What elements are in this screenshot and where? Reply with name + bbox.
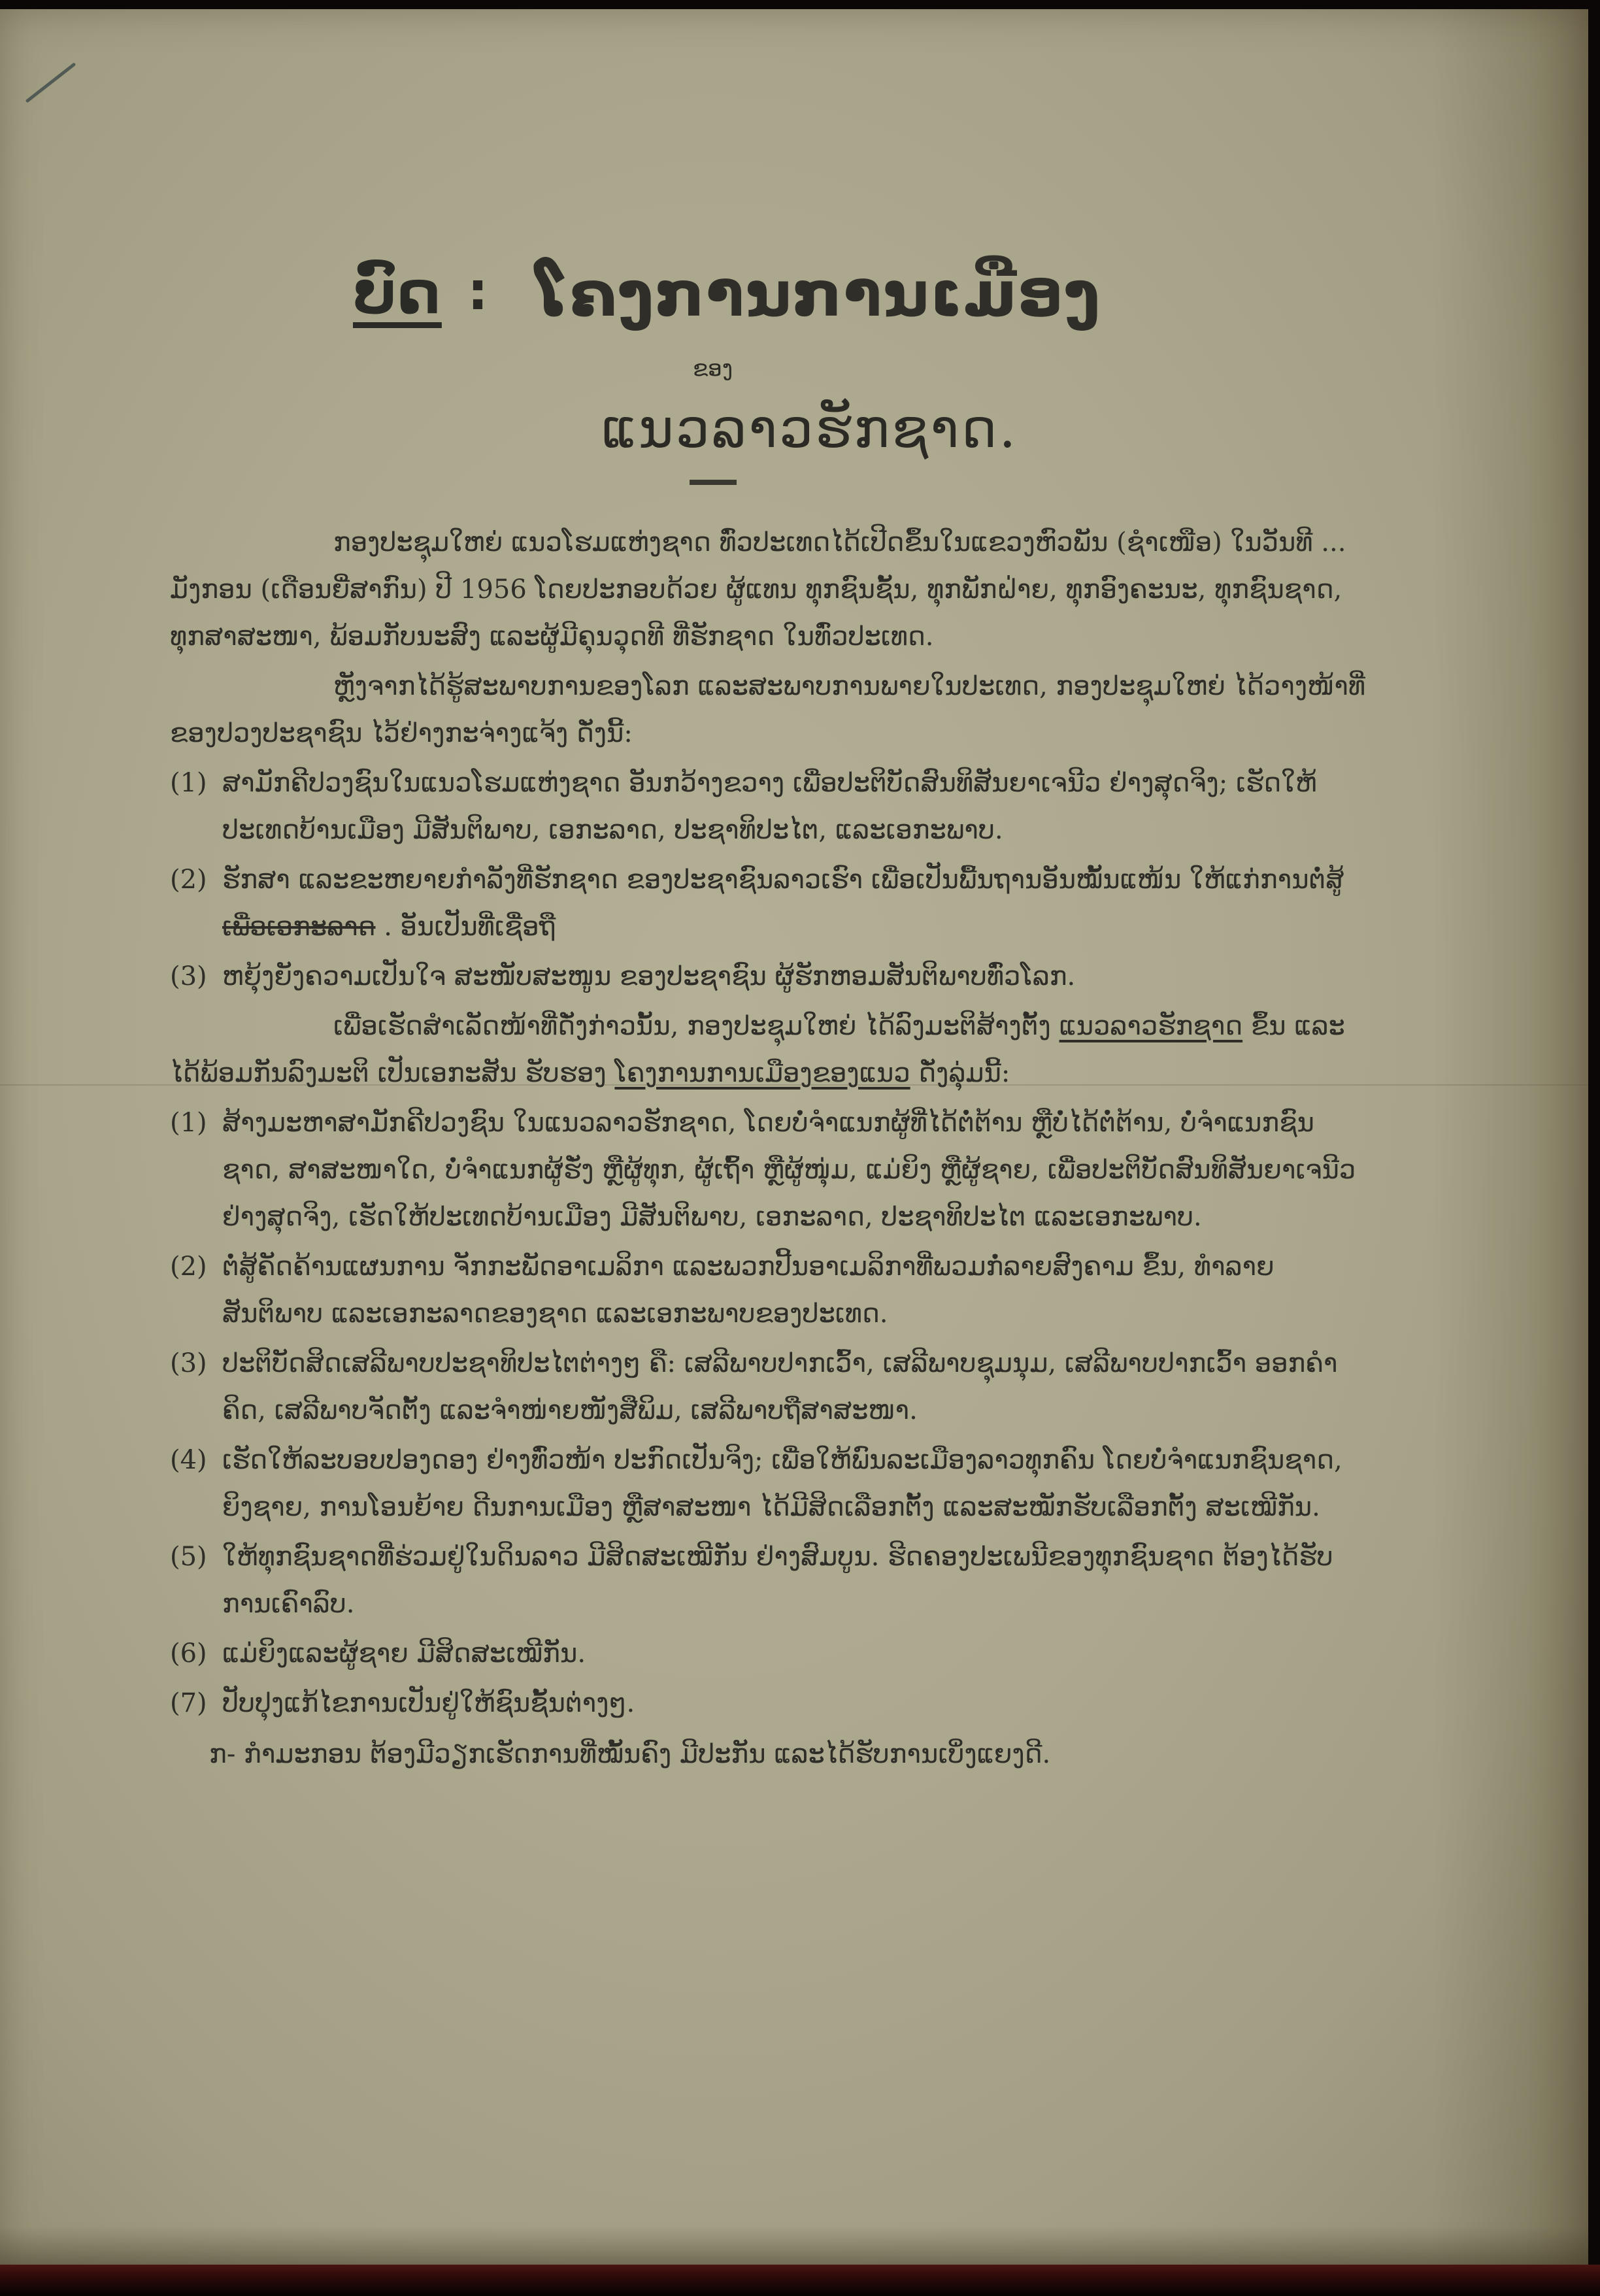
item-text: ສ້າງມະຫາສາມັກຄີປວງຊົນ ໃນແນວລາວຮັກຊາດ, ໂດ… (222, 1108, 1356, 1232)
resolution-paragraph: ເພື່ອເຮັດສຳເລັດໜ້າທີ່ດັ່ງກ່າວນັ້ນ, ກອງປະ… (170, 1003, 1366, 1097)
underlined-organization: ແນວລາວຮັກຊາດ (1059, 1011, 1243, 1041)
item-text: ສາມັກຄີປວງຊົນໃນແນວໂຮມແຫ່ງຊາດ ອັນກວ້າງຂວາ… (222, 768, 1317, 845)
program-item: (1) ສ້າງມະຫາສາມັກຄີປວງຊົນ ໃນແນວລາວຮັກຊາດ… (170, 1099, 1366, 1240)
item-number: (7) (170, 1680, 207, 1727)
item-number: (4) (170, 1437, 207, 1484)
duty-item: (3) ຫຍຸ້ງຍັງຄວາມເປັນໃຈ ສະໜັບສະໜູນ ຂອງປະຊ… (170, 953, 1366, 1000)
intro-paragraph-1: ກອງປະຊຸມໃຫຍ່ ແນວໂຮມແຫ່ງຊາດ ທົ່ວປະເທດໄດ້ເ… (170, 519, 1366, 660)
item-number: (3) (170, 953, 207, 1000)
program-item: (2) ຕໍ່ສູ້ຄັດຄ້ານແຜນການ ຈັກກະພັດອາເມລິກາ… (170, 1243, 1366, 1337)
item-text: ປັບປຸງແກ້ໄຂການເປັນຢູ່ໃຫ້ຊົນຊັ້ນຕ່າງໆ. (222, 1688, 635, 1718)
item-text: ປະຕິບັດສິດເສລີພາບປະຊາທິປະໄຕຕ່າງໆ ຄື: ເສລ… (222, 1348, 1337, 1425)
program-item: (6) ແມ່ຍິງແລະຜູ້ຊາຍ ມີສິດສະເໝີກັນ. (170, 1630, 1366, 1677)
program-item: (3) ປະຕິບັດສິດເສລີພາບປະຊາທິປະໄຕຕ່າງໆ ຄື:… (170, 1340, 1366, 1434)
title-colon: : (467, 261, 488, 322)
duties-list: (1) ສາມັກຄີປວງຊົນໃນແນວໂຮມແຫ່ງຊາດ ອັນກວ້າ… (170, 759, 1366, 1000)
program-list: (1) ສ້າງມະຫາສາມັກຄີປວງຊົນ ໃນແນວລາວຮັກຊາດ… (170, 1099, 1366, 1727)
program-item: (4) ເຮັດໃຫ້ລະບອບປອງດອງ ຢ່າງທົ່ວໜ້າ ປະກົດ… (170, 1437, 1366, 1531)
title-divider (690, 480, 737, 485)
duty-item: (1) ສາມັກຄີປວງຊົນໃນແນວໂຮມແຫ່ງຊາດ ອັນກວ້າ… (170, 759, 1366, 854)
item-text: ຫຍຸ້ງຍັງຄວາມເປັນໃຈ ສະໜັບສະໜູນ ຂອງປະຊາຊົນ… (222, 961, 1075, 991)
intro-paragraph-2: ຫຼັງຈາກໄດ້ຮູ້ສະພາບການຂອງໂລກ ແລະສະພາບການພ… (170, 663, 1366, 757)
document-page: ບົດ : ໂຄງການການເມືອງ ຂອງ ແນວລາວຮັກຊາດ. ກ… (0, 9, 1588, 2265)
item-text-tail: . ອັນເປັນທີ່ເຊື່ອຖື (384, 912, 556, 942)
item-text: ເຮັດໃຫ້ລະບອບປອງດອງ ຢ່າງທົ່ວໜ້າ ປະກົດເປັນ… (222, 1445, 1342, 1522)
resolution-text: ເພື່ອເຮັດສຳເລັດໜ້າທີ່ດັ່ງກ່າວນັ້ນ, ກອງປະ… (333, 1011, 1059, 1041)
duty-item: (2) ຮັກສາ ແລະຂະຫຍາຍກຳລັງທີ່ຮັກຊາດ ຂອງປະຊ… (170, 856, 1366, 950)
item-text: ແມ່ຍິງແລະຜູ້ຊາຍ ມີສິດສະເໝີກັນ. (222, 1639, 586, 1669)
underlined-program: ໂຄງການການເມືອງຂອງແນວ (614, 1058, 910, 1088)
sub-item-a: ກ- ກຳມະກອນ ຕ້ອງມີວຽກເຮັດການທີ່ໝັ້ນຄົງ ມີ… (170, 1731, 1366, 1778)
item-number: (1) (170, 1099, 207, 1146)
item-number: (3) (170, 1340, 207, 1387)
struck-text: ເພື່ອເອກະລາດ (222, 912, 376, 942)
item-number: (1) (170, 759, 207, 807)
title-connector: ຂອງ (693, 356, 733, 382)
title-label: ບົດ (353, 258, 442, 327)
item-number: (6) (170, 1630, 207, 1677)
document-body: ກອງປະຊຸມໃຫຍ່ ແນວໂຮມແຫ່ງຊາດ ທົ່ວປະເທດໄດ້ເ… (170, 519, 1366, 1804)
organization-name: ແນວລາວຮັກຊາດ. (601, 398, 1018, 460)
program-item: (5) ໃຫ້ທຸກຊົນຊາດທີ່ຮ່ວມຢູ່ໃນດິນລາວ ມີສິດ… (170, 1533, 1366, 1627)
title-block: ບົດ : ໂຄງການການເມືອງ ຂອງ ແນວລາວຮັກຊາດ. (170, 231, 1366, 342)
item-number: (2) (170, 1243, 207, 1290)
pen-mark (25, 62, 76, 103)
item-number: (5) (170, 1533, 207, 1580)
document-title: ໂຄງການການເມືອງ (536, 258, 1101, 331)
item-number: (2) (170, 856, 207, 903)
program-item: (7) ປັບປຸງແກ້ໄຂການເປັນຢູ່ໃຫ້ຊົນຊັ້ນຕ່າງໆ… (170, 1680, 1366, 1727)
document-content: ບົດ : ໂຄງການການເມືອງ ຂອງ ແນວລາວຮັກຊາດ. ກ… (170, 231, 1366, 342)
photo-frame: ບົດ : ໂຄງການການເມືອງ ຂອງ ແນວລາວຮັກຊາດ. ກ… (0, 0, 1600, 2296)
item-text: ໃຫ້ທຸກຊົນຊາດທີ່ຮ່ວມຢູ່ໃນດິນລາວ ມີສິດສະເໝ… (222, 1542, 1333, 1619)
item-text: ຕໍ່ສູ້ຄັດຄ້ານແຜນການ ຈັກກະພັດອາເມລິກາ ແລະ… (222, 1252, 1275, 1329)
item-text: ຮັກສາ ແລະຂະຫຍາຍກຳລັງທີ່ຮັກຊາດ ຂອງປະຊາຊົນ… (222, 865, 1344, 895)
resolution-text: ດັ່ງລຸ່ມນີ້: (910, 1058, 1010, 1088)
table-edge (0, 2265, 1600, 2296)
